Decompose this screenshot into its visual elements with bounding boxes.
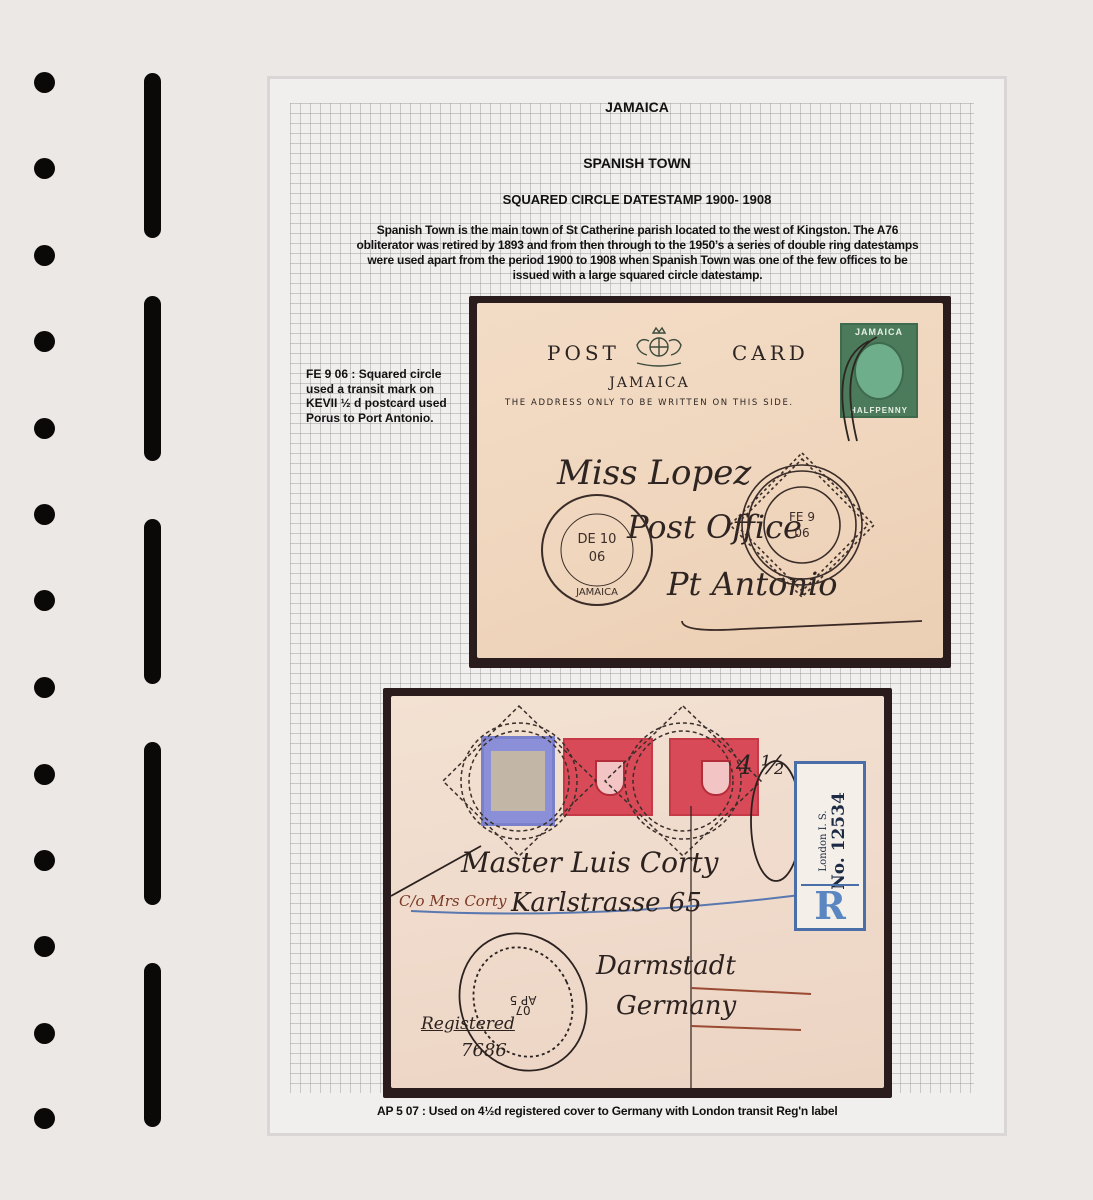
cover-mount: AP 5 07 4 ½ Master Luis Corty C/o Mrs Co… [383, 688, 892, 1098]
stamp-value: HALFPENNY [842, 406, 916, 415]
svg-text:06: 06 [589, 550, 606, 565]
caption-line: FE 9 06 : Squared circle [306, 367, 466, 382]
punch-hole [34, 936, 55, 957]
binder-slot [144, 73, 161, 238]
punch-hole [34, 677, 55, 698]
postcard-title-right: CARD [732, 341, 809, 365]
svg-text:07: 07 [515, 1003, 530, 1017]
intro-line: were used apart from the period 1900 to … [310, 253, 965, 268]
caption-line: used a transit mark on [306, 382, 466, 397]
punch-hole [34, 590, 55, 611]
intro-line: Spanish Town is the main town of St Cath… [310, 223, 965, 238]
registered-cover: AP 5 07 4 ½ Master Luis Corty C/o Mrs Co… [391, 696, 884, 1088]
postcard-instruction: THE ADDRESS ONLY TO BE WRITTEN ON THIS S… [505, 398, 794, 408]
binder-slot [144, 742, 161, 905]
king-portrait-icon [854, 342, 904, 400]
address-line: Miss Lopez [557, 453, 751, 493]
postcard: POST CARD JAMAICA THE ADDRESS ONLY TO BE… [477, 303, 943, 658]
intro-line: issued with a large squared circle dates… [310, 268, 965, 283]
registration-number: 7686 [461, 1040, 507, 1061]
halfpenny-stamp: JAMAICA HALFPENNY [840, 323, 918, 418]
punch-hole [34, 158, 55, 179]
intro-paragraph: Spanish Town is the main town of St Cath… [310, 223, 965, 283]
punch-hole [34, 418, 55, 439]
svg-text:AP 5: AP 5 [510, 993, 537, 1007]
town-heading: SPANISH TOWN [270, 155, 1004, 171]
punch-hole [34, 1023, 55, 1044]
postcard-mount: POST CARD JAMAICA THE ADDRESS ONLY TO BE… [469, 296, 951, 668]
intro-line: obliterator was retired by 1893 and from… [310, 238, 965, 253]
caption-line: Porus to Port Antonio. [306, 411, 466, 426]
address-line: Pt Antonio [667, 565, 838, 603]
binder-slot [144, 296, 161, 461]
registration-label: London I. S. No. 12534 R [794, 761, 866, 931]
punch-hole [34, 504, 55, 525]
postcard-country: JAMAICA [477, 375, 822, 391]
address-line: Master Luis Corty [461, 846, 718, 879]
binder-slot [144, 963, 161, 1127]
address-line: Karlstrasse 65 [511, 888, 702, 918]
registered-note: Registered [421, 1014, 515, 1034]
binder-slot [144, 519, 161, 684]
address-line: Darmstadt [596, 951, 736, 981]
postcard-caption: FE 9 06 : Squared circle used a transit … [306, 367, 466, 425]
punch-hole [34, 764, 55, 785]
punch-hole [34, 245, 55, 266]
subheading: SQUARED CIRCLE DATESTAMP 1900- 1908 [270, 192, 1004, 207]
royal-arms-icon [629, 325, 689, 369]
address-line: Germany [616, 991, 736, 1021]
cover-caption: AP 5 07 : Used on 4½d registered cover t… [377, 1104, 997, 1118]
country-heading: JAMAICA [270, 99, 1004, 115]
address-line: Post Office [627, 508, 802, 546]
care-of-note: C/o Mrs Corty [399, 892, 507, 910]
coat-of-arms-stamp [481, 736, 555, 826]
postcard-title-left: POST [547, 341, 620, 365]
stamp-country: JAMAICA [842, 327, 916, 337]
rate-note: 4 ½ [736, 751, 786, 781]
caption-line: KEVII ½ d postcard used [306, 396, 466, 411]
one-penny-stamp [563, 738, 653, 816]
punch-hole [34, 72, 55, 93]
svg-text:DE 10: DE 10 [578, 532, 617, 547]
registered-r-icon: R [801, 884, 859, 924]
punch-hole [34, 1108, 55, 1129]
punch-hole [34, 850, 55, 871]
punch-hole [34, 331, 55, 352]
svg-text:JAMAICA: JAMAICA [575, 587, 618, 598]
